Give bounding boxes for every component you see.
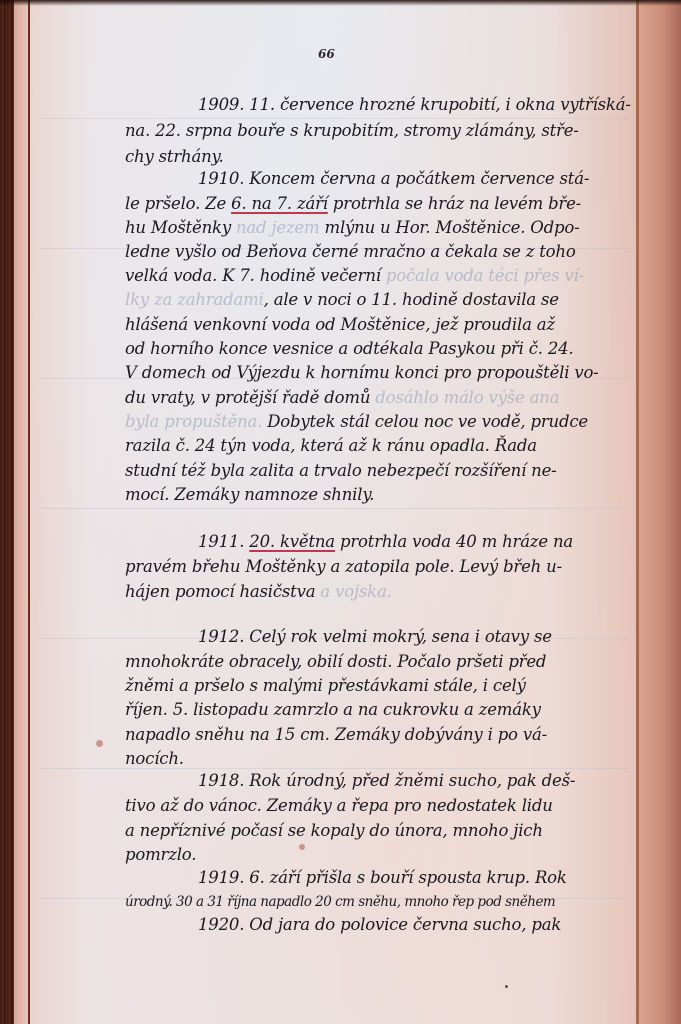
text-line: chy strhány. (125, 147, 224, 167)
page-number: 66 (318, 47, 335, 61)
text-line: le pršelo. Ze 6. na 7. září protrhla se … (125, 194, 581, 214)
text-line: mocí. Zemáky namnoze shnily. (125, 485, 374, 505)
text-line: 1920. Od jara do polovice června sucho, … (198, 915, 561, 935)
text-span: protrhla voda 40 m hráze na (335, 532, 573, 551)
text-line: na. 22. srpna bouře s krupobitím, stromy… (125, 121, 579, 141)
text-span: hu Moštěnky (125, 218, 231, 237)
show-through-text: nad jezem (231, 218, 320, 237)
underlined-date: 6. na 7. září (231, 194, 328, 213)
text-line: pravém břehu Moštěnky a zatopila pole. L… (125, 557, 562, 577)
text-line: lky za zahradami, ale v noci o 11. hodin… (125, 290, 559, 310)
text-line: napadlo sněhu na 15 cm. Zemáky dobývány … (125, 725, 547, 745)
text-line: V domech od Výjezdu k hornímu konci pro … (125, 363, 599, 383)
text-line: od horního konce vesnice a odtékala Pasy… (125, 339, 574, 359)
text-line: žněmi a pršelo s malými přestávkami stál… (125, 676, 526, 696)
text-line: velká voda. K 7. hodině večerní počala v… (125, 266, 584, 286)
text-span: hájen pomocí hasičstva (125, 582, 315, 601)
text-line: 1918. Rok úrodný, před žněmi sucho, pak … (198, 771, 575, 791)
paper-stain (505, 985, 508, 988)
text-line: ledne vyšlo od Beňova černé mračno a ček… (125, 242, 576, 262)
text-span: mlýnu u Hor. Moštěnice. Odpo- (319, 218, 579, 237)
text-line: úrodný. 30 a 31 října napadlo 20 cm sněh… (125, 892, 555, 912)
paper-stain (299, 844, 305, 850)
text-span: le pršelo. Ze (125, 194, 231, 213)
paper-stain (96, 740, 103, 747)
text-span: velká voda. K 7. hodině večerní (125, 266, 381, 285)
text-line: tivo až do vánoc. Zemáky a řepa pro nedo… (125, 796, 553, 816)
text-line: a nepříznivé počasí se kopaly do února, … (125, 821, 543, 841)
text-line: 1912. Celý rok velmi mokrý, sena i otavy… (198, 627, 552, 647)
text-line: říjen. 5. listopadu zamrzlo a na cukrovk… (125, 700, 541, 720)
facing-page-edge (639, 0, 681, 1024)
show-through-text: počala voda téci přes ví- (381, 266, 584, 285)
show-through-text: byla propuštěna. (125, 412, 262, 431)
text-line: hlášená venkovní voda od Moštěnice, jež … (125, 315, 555, 335)
book-scene: 66 1909. 11. července hrozné krupobití, … (0, 0, 681, 1024)
text-line: 1910. Koncem června a počátkem července … (198, 169, 589, 189)
text-line: hájen pomocí hasičstva a vojska. (125, 582, 392, 602)
show-through-text: lky za zahradami (125, 290, 264, 309)
text-span: Dobytek stál celou noc ve vodě, prudce (262, 412, 588, 431)
text-line: 1911. 20. května protrhla voda 40 m hráz… (198, 532, 573, 552)
ruling-line (40, 508, 630, 509)
text-line: studní též byla zalita a trvalo nebezpeč… (125, 461, 557, 481)
ruling-line (40, 118, 630, 119)
page-edge-strip (14, 0, 28, 1024)
text-line: pomrzlo. (125, 845, 196, 865)
show-through-text: dosáhlo málo výše ana (370, 388, 559, 407)
text-line: hu Moštěnky nad jezem mlýnu u Hor. Moště… (125, 218, 579, 238)
text-span: 1911. (198, 532, 249, 551)
top-shadow (0, 0, 681, 6)
text-line: 1909. 11. července hrozné krupobití, i o… (198, 95, 631, 115)
text-line: byla propuštěna. Dobytek stál celou noc … (125, 412, 588, 432)
text-line: 1919. 6. září přišla s bouří spousta kru… (198, 868, 567, 888)
text-span: , ale v noci o 11. hodině dostavila se (264, 290, 559, 309)
show-through-text: a vojska. (315, 582, 391, 601)
text-line: razila č. 24 týn voda, která až k ránu o… (125, 436, 537, 456)
text-line: du vraty, v protější řadě domů dosáhlo m… (125, 388, 559, 408)
text-line: mnohokráte obracely, obilí dosti. Počalo… (125, 652, 546, 672)
text-span: protrhla se hráz na levém bře- (328, 194, 581, 213)
text-line: nocích. (125, 749, 184, 769)
underlined-date: 20. května (249, 532, 335, 551)
text-span: du vraty, v protější řadě domů (125, 388, 370, 407)
